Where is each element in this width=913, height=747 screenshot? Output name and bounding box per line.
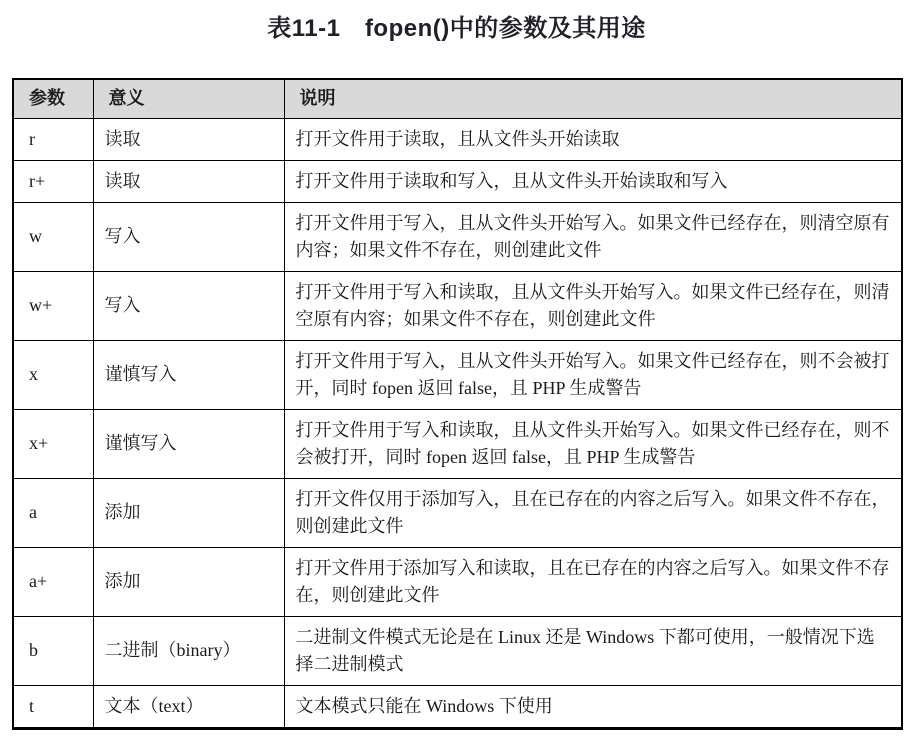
table-row: r 读取 打开文件用于读取，且从文件头开始读取	[13, 118, 902, 160]
description-cell: 打开文件用于读取，且从文件头开始读取	[284, 118, 902, 160]
description-cell: 打开文件用于添加写入和读取，且在已存在的内容之后写入。如果文件不存在，则创建此文…	[284, 547, 902, 616]
table-caption: 表11-1 fopen()中的参数及其用途	[0, 0, 913, 43]
column-header-description: 说明	[284, 79, 902, 118]
fopen-params-table: 参数 意义 说明 r 读取 打开文件用于读取，且从文件头开始读取 r+ 读取 打…	[12, 78, 903, 730]
description-cell: 打开文件用于写入，且从文件头开始写入。如果文件已经存在，则清空原有内容；如果文件…	[284, 202, 902, 271]
param-cell: a+	[13, 547, 93, 616]
meaning-cell: 添加	[93, 478, 284, 547]
param-cell: b	[13, 616, 93, 685]
meaning-cell: 写入	[93, 271, 284, 340]
column-header-meaning: 意义	[93, 79, 284, 118]
description-cell: 打开文件用于读取和写入，且从文件头开始读取和写入	[284, 160, 902, 202]
table-row: b 二进制（binary） 二进制文件模式无论是在 Linux 还是 Windo…	[13, 616, 902, 685]
table-row: t 文本（text） 文本模式只能在 Windows 下使用	[13, 685, 902, 728]
param-cell: w	[13, 202, 93, 271]
param-cell: w+	[13, 271, 93, 340]
meaning-cell: 读取	[93, 118, 284, 160]
description-cell: 打开文件用于写入，且从文件头开始写入。如果文件已经存在，则不会被打开，同时 fo…	[284, 340, 902, 409]
param-cell: a	[13, 478, 93, 547]
table-row: r+ 读取 打开文件用于读取和写入，且从文件头开始读取和写入	[13, 160, 902, 202]
description-cell: 文本模式只能在 Windows 下使用	[284, 685, 902, 728]
table-header-row: 参数 意义 说明	[13, 79, 902, 118]
table-row: w+ 写入 打开文件用于写入和读取，且从文件头开始写入。如果文件已经存在，则清空…	[13, 271, 902, 340]
document-page: 表11-1 fopen()中的参数及其用途 参数 意义 说明 r 读取 打开文件…	[0, 0, 913, 747]
table-row: x 谨慎写入 打开文件用于写入，且从文件头开始写入。如果文件已经存在，则不会被打…	[13, 340, 902, 409]
param-cell: t	[13, 685, 93, 728]
column-header-param: 参数	[13, 79, 93, 118]
meaning-cell: 写入	[93, 202, 284, 271]
description-cell: 二进制文件模式无论是在 Linux 还是 Windows 下都可使用，一般情况下…	[284, 616, 902, 685]
meaning-cell: 读取	[93, 160, 284, 202]
meaning-cell: 二进制（binary）	[93, 616, 284, 685]
param-cell: r+	[13, 160, 93, 202]
table-row: a+ 添加 打开文件用于添加写入和读取，且在已存在的内容之后写入。如果文件不存在…	[13, 547, 902, 616]
meaning-cell: 谨慎写入	[93, 409, 284, 478]
table-row: w 写入 打开文件用于写入，且从文件头开始写入。如果文件已经存在，则清空原有内容…	[13, 202, 902, 271]
param-cell: r	[13, 118, 93, 160]
description-cell: 打开文件用于写入和读取，且从文件头开始写入。如果文件已经存在，则不会被打开，同时…	[284, 409, 902, 478]
meaning-cell: 谨慎写入	[93, 340, 284, 409]
table-row: a 添加 打开文件仅用于添加写入，且在已存在的内容之后写入。如果文件不存在，则创…	[13, 478, 902, 547]
param-cell: x+	[13, 409, 93, 478]
meaning-cell: 添加	[93, 547, 284, 616]
description-cell: 打开文件仅用于添加写入，且在已存在的内容之后写入。如果文件不存在，则创建此文件	[284, 478, 902, 547]
param-cell: x	[13, 340, 93, 409]
meaning-cell: 文本（text）	[93, 685, 284, 728]
table-row: x+ 谨慎写入 打开文件用于写入和读取，且从文件头开始写入。如果文件已经存在，则…	[13, 409, 902, 478]
description-cell: 打开文件用于写入和读取，且从文件头开始写入。如果文件已经存在，则清空原有内容；如…	[284, 271, 902, 340]
